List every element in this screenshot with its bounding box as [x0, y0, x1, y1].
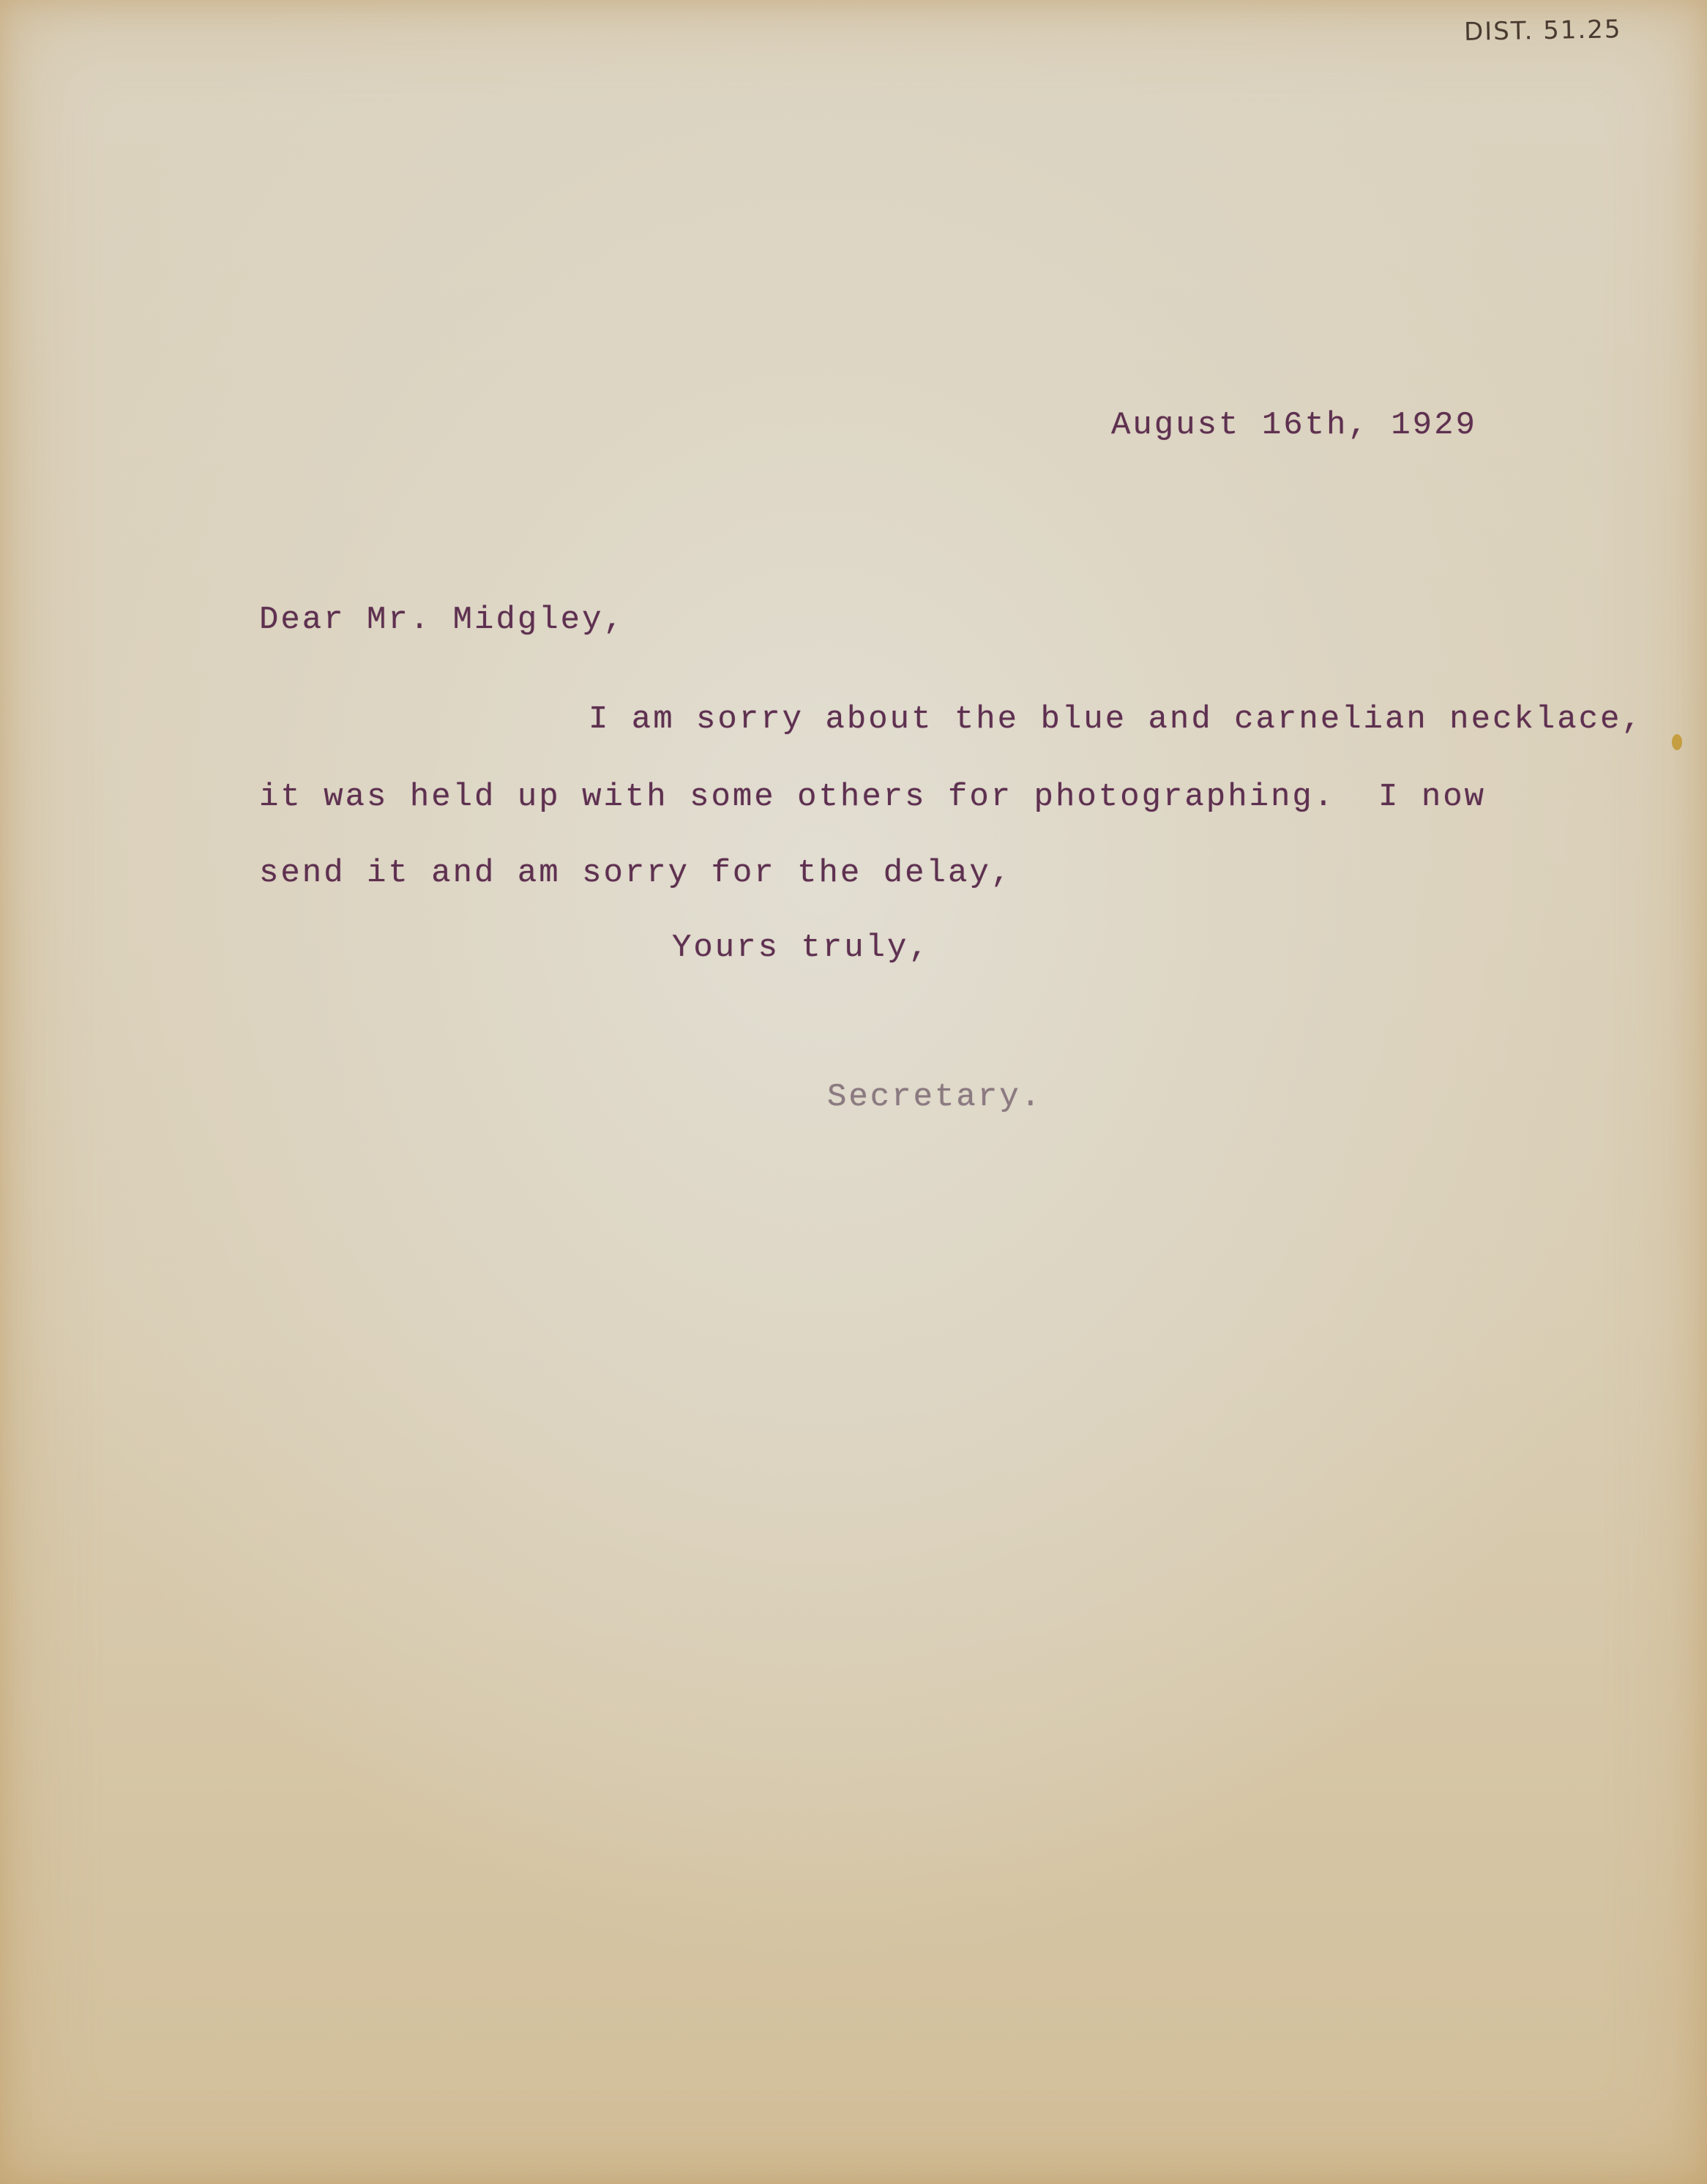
salutation: Dear Mr. Midgley, — [259, 602, 625, 638]
body-line-1: I am sorry about the blue and carnelian … — [589, 701, 1643, 738]
letter-page: DIST. 51.25 August 16th, 1929 Dear Mr. M… — [0, 0, 1707, 2184]
closing: Yours truly, — [672, 930, 930, 966]
signature: Secretary. — [827, 1079, 1042, 1115]
letter-date: August 16th, 1929 — [1111, 407, 1477, 444]
body-line-2: it was held up with some others for phot… — [259, 779, 1486, 815]
ink-stain — [1672, 734, 1682, 750]
body-line-3: send it and am sorry for the delay, — [259, 855, 1012, 891]
archive-reference: DIST. 51.25 — [1464, 15, 1622, 47]
